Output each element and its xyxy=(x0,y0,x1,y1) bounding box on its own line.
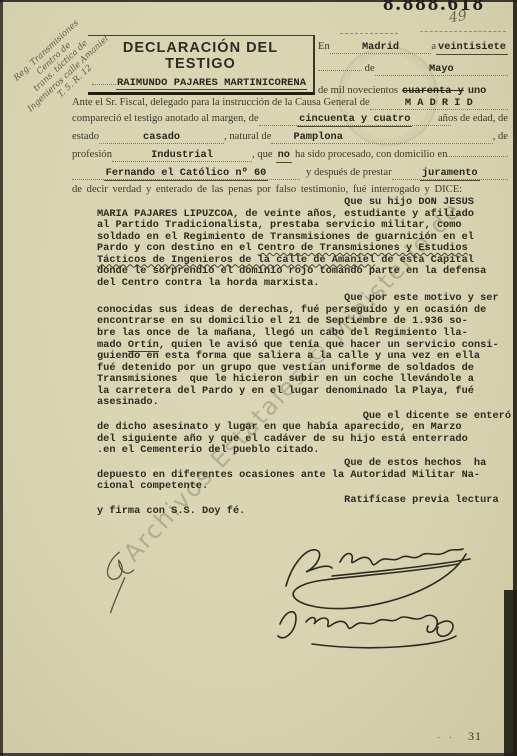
scan-edge-right-wedge xyxy=(504,590,517,756)
typed-line: asesinado. xyxy=(97,397,512,409)
pencil-signature-reol xyxy=(88,539,157,618)
label-en: En xyxy=(318,41,330,52)
typed-segment: Que el dicente se enteró xyxy=(97,410,511,422)
typed-segment: cional competente. xyxy=(97,480,208,492)
typed-segment: fué detenido por un grupo que vestían un… xyxy=(97,362,474,374)
typed-segment: , quien le avisó que tenía que hacer un … xyxy=(159,339,499,351)
typed-segment: Que su hijo DON JESUS xyxy=(97,196,474,208)
typed-segment: de esta Capital xyxy=(375,254,474,266)
city-blank: Madrid xyxy=(330,41,432,54)
month-value: Mayo xyxy=(429,63,454,75)
natural-blank: Pamplona xyxy=(271,131,492,144)
typed-segment: .en el Cementerio del pueblo citado. xyxy=(97,444,319,456)
typed-line: del Centro contra la horda marxista. xyxy=(97,278,512,290)
domicilio-blank: Fernando el Católico nº 60 xyxy=(72,167,300,180)
age-blank: cincuenta y cuatro xyxy=(259,113,451,126)
year-end: uno xyxy=(468,85,487,97)
age-line: compareció el testigo anotado al margen,… xyxy=(72,113,508,126)
typed-segment: de dicho asesinato y lugar en que había … xyxy=(97,421,462,433)
typed-line: y firma con S.S. Doy fé. xyxy=(97,506,512,518)
label-de-text: de xyxy=(365,63,375,74)
que-label: , que xyxy=(252,149,273,160)
typed-segment: Transmisiones que le hicieron subir en u… xyxy=(97,373,474,385)
typed-segment: mado xyxy=(97,339,128,351)
domicilio-line: Fernando el Católico nº 60 y después de … xyxy=(72,167,508,180)
typed-line: .en el Cementerio del pueblo citado. xyxy=(97,445,512,457)
date-line-1: En Madrid a veintisiete xyxy=(318,41,508,55)
scan-edge-top xyxy=(0,0,517,2)
trailing-blank xyxy=(447,156,508,157)
typed-segment: Centro de Transmisiones y Estudios xyxy=(258,242,468,254)
estado-line: estado casado , natural de Pamplona , de xyxy=(72,131,508,144)
typed-segment: encontrarse en su domicilio el 21 de Sep… xyxy=(97,315,468,327)
day-value: veintisiete xyxy=(436,41,508,55)
prestar-value: juramento xyxy=(420,167,480,181)
natural-suffix: , de xyxy=(493,131,508,142)
age-suffix: años de edad, de xyxy=(438,113,508,124)
typed-segment: bre las once de la mañana, llegó un cabo… xyxy=(97,327,468,339)
typed-segment: MARIA PAJARES LIPUZCOA, de veinte años, … xyxy=(97,208,474,220)
estado-label: estado xyxy=(72,131,99,142)
dashed-line xyxy=(340,33,398,34)
age-value: cincuenta y cuatro xyxy=(297,113,412,127)
profesion-line: profesión Industrial , que no ha sido pr… xyxy=(72,149,508,163)
typed-segment: y firma con S.S. Doy fé. xyxy=(97,505,245,517)
witness-name-row: RAIMUNDO PAJARES MARTINICORENA xyxy=(88,75,313,92)
prestar-label: y después de prestar xyxy=(306,167,392,178)
natural-label: , natural de xyxy=(224,131,271,142)
typed-segment: Pardo y con destino en el xyxy=(97,242,258,254)
page-number: 31 xyxy=(468,729,482,744)
dotted-leader xyxy=(92,75,116,85)
typed-segment: donde le sorprendió el dominio rojo toma… xyxy=(97,265,486,277)
typed-segment: Que de estos hechos ha xyxy=(97,457,486,469)
oath-text: de decir verdad y enterado de las penas … xyxy=(72,184,462,195)
age-prefix: compareció el testigo anotado al margen,… xyxy=(72,113,259,124)
profesion-value: Industrial xyxy=(151,149,213,161)
typed-line: cional competente. xyxy=(97,481,512,493)
typed-segment: al Partido Tradicionalista, prestaba ser… xyxy=(97,219,462,231)
signature-joaquin-zarandona xyxy=(258,598,470,654)
declaration-header-box: DECLARACIÓN DEL TESTIGO RAIMUNDO PAJARES… xyxy=(88,35,315,95)
typed-line: la carretera del Pardo y en el lugar den… xyxy=(97,386,512,398)
year-prefix: de mil novecientos xyxy=(318,85,398,96)
typed-segment: asesinado. xyxy=(97,396,159,408)
year-struck: cuarenta y xyxy=(402,85,464,97)
scanned-document-page: Archivos Estatales © Ministerio de 8.888… xyxy=(0,0,517,756)
procesado-suffix: ha sido procesado, con domicilio en xyxy=(295,149,447,160)
natural-value: Pamplona xyxy=(293,131,342,143)
witness-name: RAIMUNDO PAJARES MARTINICORENA xyxy=(116,77,307,90)
profesion-label: profesión xyxy=(72,149,112,160)
date-line-2: de Mayo xyxy=(318,63,508,76)
typed-segment: Que por este motivo y ser xyxy=(97,292,499,304)
causa-city: M A D R I D xyxy=(405,97,473,109)
typed-segment: Tácticos de Ingenieros de la calle de Am… xyxy=(97,254,375,266)
stamp-number: 8.888.618 xyxy=(383,0,485,16)
causa-blank: M A D R I D xyxy=(370,97,508,110)
month-blank: Mayo xyxy=(375,63,508,76)
typed-segment: Ratifícase previa lectura xyxy=(97,494,499,506)
domicilio-value: Fernando el Católico nº 60 xyxy=(104,167,269,181)
document-title: DECLARACIÓN DEL TESTIGO xyxy=(88,36,313,75)
dashed-line xyxy=(420,31,506,32)
scan-edge-left xyxy=(0,0,3,756)
fiscal-text: Ante el Sr. Fiscal, delegado para la ins… xyxy=(72,97,370,108)
estado-blank: casado xyxy=(99,131,224,144)
oath-line: de decir verdad y enterado de las penas … xyxy=(72,184,508,195)
prestar-blank: juramento xyxy=(392,167,508,180)
typed-segment: depuesto en diferentes ocasiones ante la… xyxy=(97,469,480,481)
corner-dots: · · xyxy=(437,733,455,744)
typed-segment: soldado en el Regimiento de Transmisione… xyxy=(97,231,474,243)
typed-segment: del Centro contra la horda marxista. xyxy=(97,277,319,289)
date-line-3: de mil novecientos cuarenta y uno xyxy=(318,85,508,97)
procesado-value: no xyxy=(276,149,292,163)
typed-segment: guiendo en esta forma que saliera a la c… xyxy=(97,350,480,362)
fiscal-line: Ante el Sr. Fiscal, delegado para la ins… xyxy=(72,97,508,110)
empty-blank xyxy=(318,70,362,71)
typed-segment: la carretera del Pardo y en el lugar den… xyxy=(97,385,474,397)
typed-segment: conocidas sus ideas de derechas, fué per… xyxy=(97,304,486,316)
typed-segment: del siguiente año y que el cadáver de su… xyxy=(97,433,468,445)
city-value: Madrid xyxy=(362,41,399,53)
estado-value: casado xyxy=(143,131,180,143)
typed-body: Que su hijo DON JESUSMARIA PAJARES LIPUZ… xyxy=(97,197,512,518)
pencil-folio-number: 49 xyxy=(448,8,468,26)
profesion-blank: Industrial xyxy=(112,149,252,162)
